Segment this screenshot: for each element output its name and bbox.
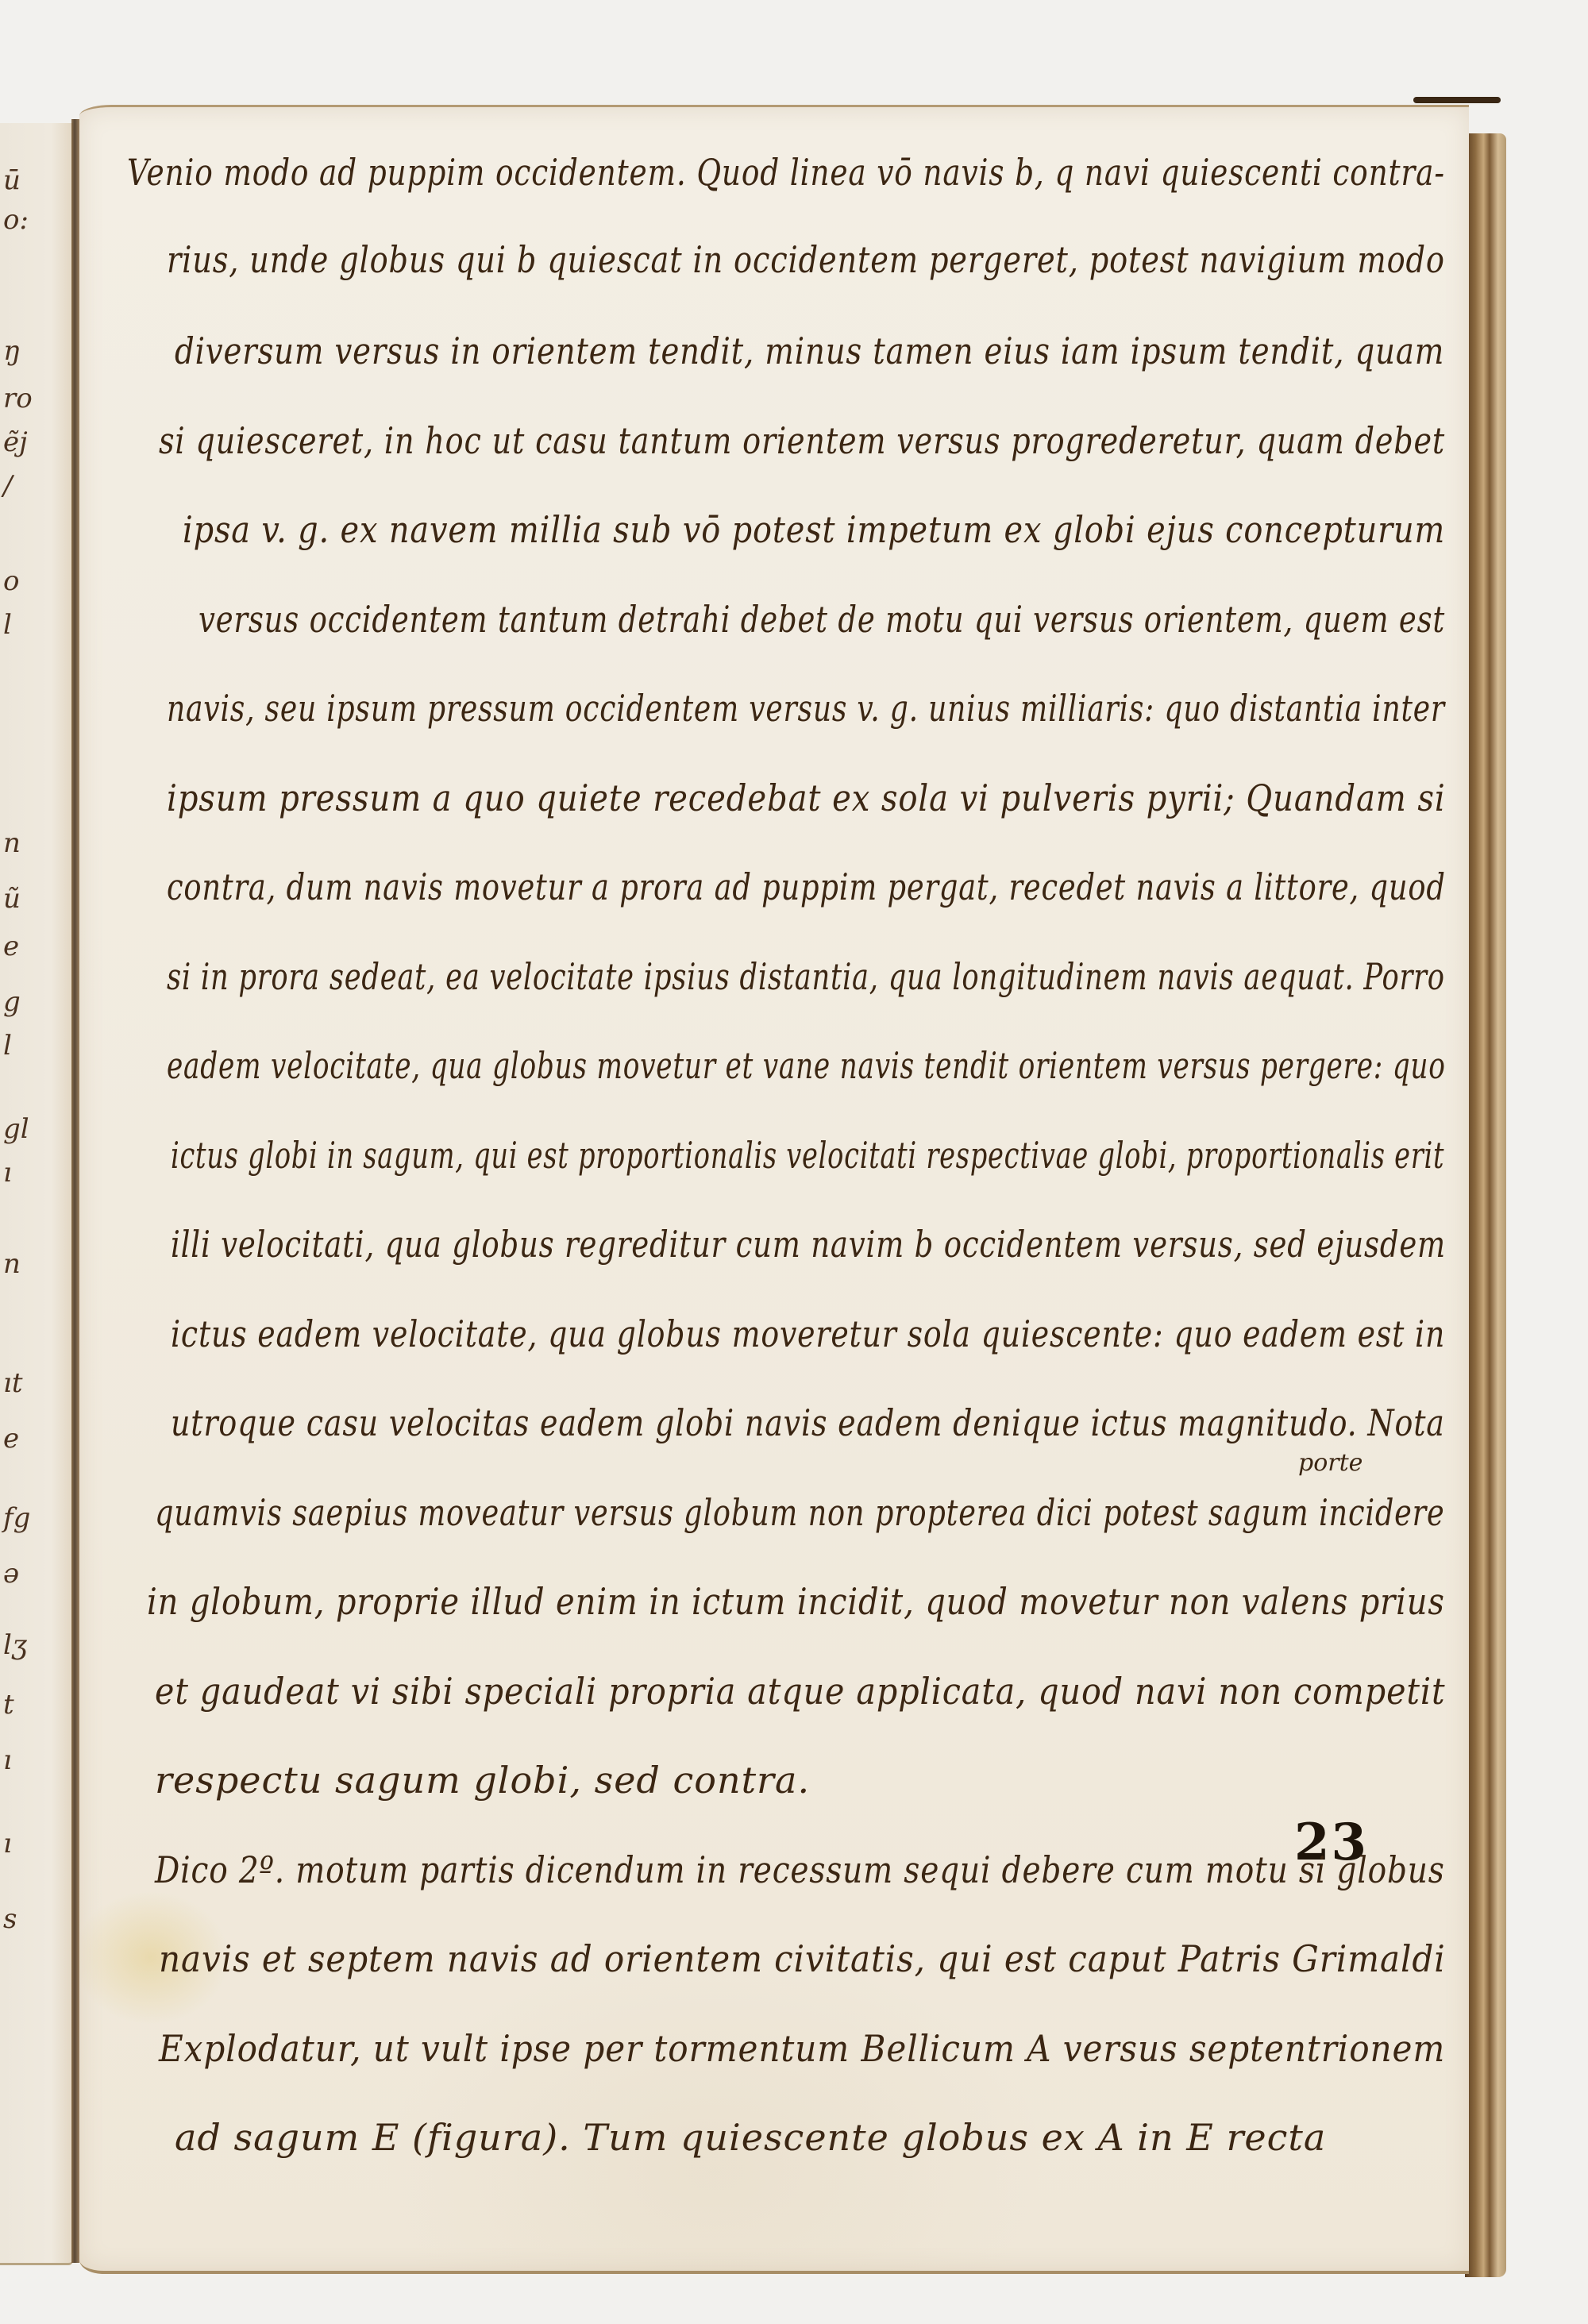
manuscript-line: et gaudeat vi sibi speciali propria atqu… bbox=[155, 1670, 1445, 1713]
manuscript-line: versus occidentem tantum detrahi debet d… bbox=[198, 598, 1445, 641]
book-gutter bbox=[71, 119, 79, 2263]
manuscript-page: 23 Venio modo ad puppim occidentem. Quod… bbox=[79, 105, 1469, 2274]
left-page-fragment: o bbox=[3, 568, 19, 595]
left-page-fragment: g bbox=[3, 989, 21, 1016]
manuscript-line: Explodatur, ut vult ipse per tormentum B… bbox=[159, 2027, 1445, 2070]
left-page-fragment: gl bbox=[3, 1116, 29, 1143]
left-page-fragment: ũ bbox=[3, 885, 21, 912]
left-page-fragment: / bbox=[3, 472, 12, 499]
manuscript-line: si quiesceret, in hoc ut casu tantum ori… bbox=[159, 419, 1445, 462]
manuscript-line: eadem velocitate, qua globus movetur et … bbox=[167, 1044, 1446, 1087]
manuscript-line: Venio modo ad puppim occidentem. Quod li… bbox=[127, 151, 1445, 194]
manuscript-line: Dico 2º. motum partis dicendum in recess… bbox=[155, 1848, 1445, 1891]
interlinear-insertion: porte bbox=[1298, 1449, 1363, 1477]
manuscript-line: ictus eadem velocitate, qua globus mover… bbox=[171, 1312, 1445, 1355]
left-page-fragment: n bbox=[3, 830, 21, 857]
left-page-fragment: e bbox=[3, 1425, 19, 1452]
left-page-fragment: ro bbox=[3, 385, 33, 412]
left-page-edge: ūo:ŋroẽj/olnũeglglınıtefgəlʒtııs bbox=[0, 123, 73, 2265]
manuscript-line: navis, seu ipsum pressum occidentem vers… bbox=[167, 687, 1445, 730]
left-page-fragment: ı bbox=[3, 1830, 12, 1857]
left-page-fragment: e bbox=[3, 933, 19, 960]
left-page-fragment: ū bbox=[3, 167, 21, 194]
left-page-fragment: o: bbox=[3, 206, 29, 233]
left-page-fragment: n bbox=[3, 1251, 21, 1278]
manuscript-line: ad sagum E (figura). Tum quiescente glob… bbox=[175, 2116, 1326, 2159]
left-page-fragment: ı bbox=[3, 1747, 12, 1774]
page-stack-edge bbox=[1465, 133, 1506, 2277]
left-page-fragment: lʒ bbox=[3, 1632, 27, 1659]
left-page-fragment: ŋ bbox=[3, 337, 21, 364]
left-page-fragment: fg bbox=[3, 1505, 30, 1532]
manuscript-line: utroque casu velocitas eadem globi navis… bbox=[171, 1401, 1445, 1444]
left-page-fragment: l bbox=[3, 611, 12, 638]
manuscript-line: quamvis saepius moveatur versus globum n… bbox=[155, 1491, 1445, 1534]
manuscript-line: illi velocitati, qua globus regreditur c… bbox=[171, 1223, 1446, 1266]
manuscript-line: ictus globi in sagum, qui est proportion… bbox=[171, 1134, 1444, 1177]
manuscript-line: diversum versus in orientem tendit, minu… bbox=[175, 330, 1444, 372]
manuscript-line: si in prora sedeat, ea velocitate ipsius… bbox=[167, 955, 1445, 998]
manuscript-line: in globum, proprie illud enim in ictum i… bbox=[147, 1580, 1445, 1623]
manuscript-line: respectu sagum globi, sed contra. bbox=[155, 1759, 810, 1802]
left-page-fragment: ı bbox=[3, 1159, 12, 1186]
page-top-edge bbox=[1413, 97, 1501, 103]
left-page-fragment: s bbox=[3, 1906, 17, 1933]
manuscript-line: rius, unde globus qui b quiescat in occi… bbox=[167, 238, 1445, 281]
left-page-fragment: ə bbox=[3, 1560, 19, 1587]
manuscript-line: ipsum pressum a quo quiete recedebat ex … bbox=[167, 777, 1446, 819]
manuscript-line: contra, dum navis movetur a prora ad pup… bbox=[167, 865, 1446, 908]
left-page-fragment: l bbox=[3, 1032, 12, 1059]
left-page-fragment: ıt bbox=[3, 1370, 23, 1397]
manuscript-line: navis et septem navis ad orientem civita… bbox=[159, 1937, 1446, 1980]
left-page-fragment: ẽj bbox=[3, 429, 28, 456]
manuscript-line: ipsa v. g. ex navem millia sub vō potest… bbox=[183, 508, 1445, 551]
left-page-fragment: t bbox=[3, 1691, 14, 1718]
